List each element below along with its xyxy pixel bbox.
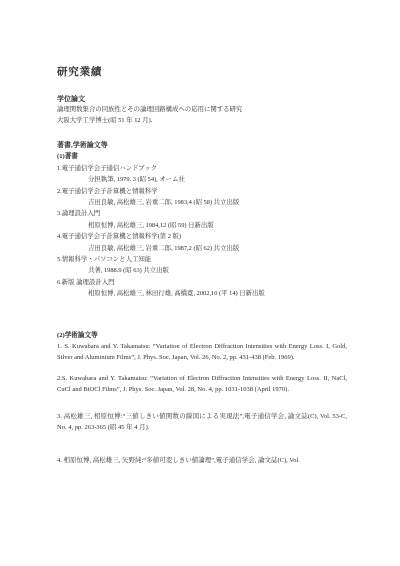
papers-subheading: (2)学術論文等 — [57, 330, 347, 341]
degree-thesis-section: 学位論文 論理関数集合の同族性とその論理回路構成への応用に関する研究 大阪大学工… — [57, 94, 347, 127]
book-entry: 1.電子通信学会子通信ハンドブック 分担執筆, 1979. 3 (昭 54), … — [57, 163, 347, 186]
book-detail: 相原恒博, 高松雄三, 林田行雄, 高橋寛, 2002,10 (平 14) 日新… — [88, 288, 347, 299]
page-title: 研究業績 — [57, 64, 347, 79]
degree-thesis-heading: 学位論文 — [57, 94, 347, 105]
book-title: 1.電子通信学会子通信ハンドブック — [57, 163, 347, 174]
book-detail: 吉田良敏, 高松雄三, 岩重二郎, 1983,4 (昭 58) 共立出版 — [88, 197, 347, 208]
book-title: 4.電子通信学会子計算機と情報科学(第 2 版) — [57, 231, 347, 242]
book-entry: 5.情報科学・パソコンと人工知能 共著, 1988.9 (昭 63) 共立出版 — [57, 254, 347, 277]
book-detail: 共著, 1988.9 (昭 63) 共立出版 — [88, 265, 347, 276]
paper-entry: 2.S. Kuwabara and Y. Takamatsu: “Variati… — [57, 373, 347, 395]
works-section: 著書,学術論文等 (1)著書 1.電子通信学会子通信ハンドブック 分担執筆, 1… — [57, 140, 347, 466]
paper-entry: 4. 相原恒博, 高松雄三, 矢野純:“多値可変しきい値論理”,電子通信学会, … — [57, 455, 347, 466]
book-detail: 相原恒博, 高松雄三, 1984,12 (昭 59) 日新出版 — [88, 220, 347, 231]
book-entry: 3.論理設計入門 相原恒博, 高松雄三, 1984,12 (昭 59) 日新出版 — [57, 208, 347, 231]
degree-thesis-title: 論理関数集合の同族性とその論理回路構成への応用に関する研究 — [57, 105, 347, 116]
book-detail: 吉田良敏, 高松雄三, 岩重二郎, 1987,2 (昭 62) 共立出版 — [88, 243, 347, 254]
books-subheading: (1)著書 — [57, 151, 347, 162]
book-title: 5.情報科学・パソコンと人工知能 — [57, 254, 347, 265]
book-title: 2.電子通信学会子計算機と情報科学 — [57, 186, 347, 197]
works-heading: 著書,学術論文等 — [57, 140, 347, 151]
degree-thesis-degree: 大阪大学工学博士(昭 51 年 12 月). — [57, 116, 347, 127]
book-detail: 分担執筆, 1979. 3 (昭 54), オーム社 — [88, 174, 347, 185]
document-page: 研究業績 学位論文 論理関数集合の同族性とその論理回路構成への応用に関する研究 … — [0, 0, 400, 566]
book-entry: 2.電子通信学会子計算機と情報科学 吉田良敏, 高松雄三, 岩重二郎, 1983… — [57, 186, 347, 209]
papers-subsection: (2)学術論文等 1. S. Kuwabara and Y. Takamatsu… — [57, 330, 347, 466]
paper-entry: 1. S. Kuwabara and Y. Takamatsu: “Variat… — [57, 341, 347, 363]
book-entry: 6.新版 論理設計入門 相原恒博, 高松雄三, 林田行雄, 高橋寛, 2002,… — [57, 277, 347, 300]
book-entry: 4.電子通信学会子計算機と情報科学(第 2 版) 吉田良敏, 高松雄三, 岩重二… — [57, 231, 347, 254]
book-title: 3.論理設計入門 — [57, 208, 347, 219]
book-title: 6.新版 論理設計入門 — [57, 277, 347, 288]
paper-entry: 3. 高松雄三, 相原恒博:“三値しきい値関数の線図による実現法”,電子通信学会… — [57, 411, 347, 433]
books-subsection: (1)著書 1.電子通信学会子通信ハンドブック 分担執筆, 1979. 3 (昭… — [57, 151, 347, 299]
